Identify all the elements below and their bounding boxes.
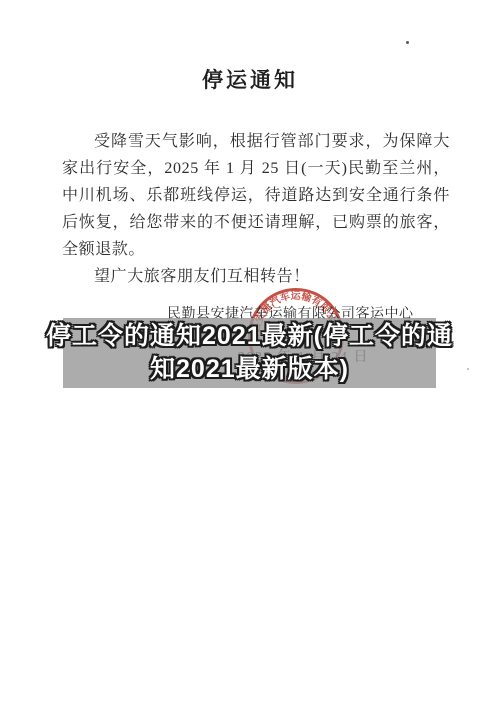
notice-body: 受降雪天气影响，根据行管部门要求，为保障大家出行安全，2025 年 1 月 25… <box>62 128 450 290</box>
notice-paragraph: 受降雪天气影响，根据行管部门要求，为保障大家出行安全，2025 年 1 月 25… <box>62 128 450 263</box>
paper-speck <box>406 41 409 44</box>
caption-line-1: 停工令的通知2021最新(停工令的通 <box>46 320 453 353</box>
caption-line-2: 知2021最新版本) <box>150 353 349 386</box>
paper-speck <box>467 368 469 370</box>
notice-photo-page: 停运通知 受降雪天气影响，根据行管部门要求，为保障大家出行安全，2025 年 1… <box>0 0 500 706</box>
caption-overlay: 停工令的通知2021最新(停工令的通 知2021最新版本) <box>63 318 436 388</box>
caption-text: 停工令的通知2021最新(停工令的通 知2021最新版本) <box>63 318 436 388</box>
notice-title: 停运通知 <box>0 64 500 94</box>
